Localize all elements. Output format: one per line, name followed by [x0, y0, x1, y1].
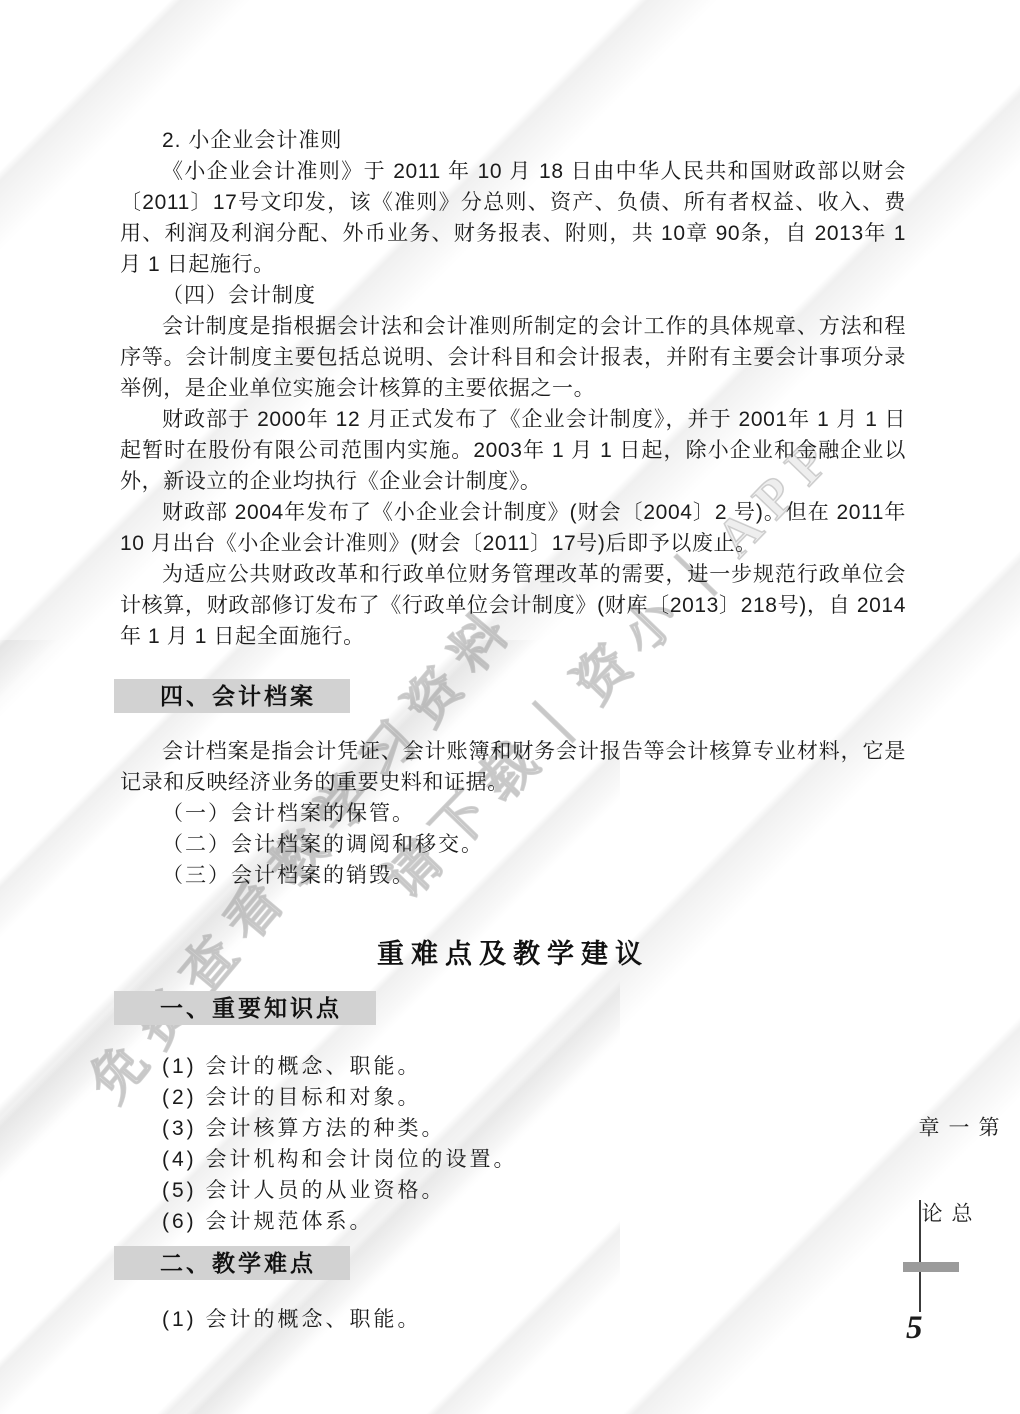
- chapter-title-label: 总论: [916, 1202, 976, 1236]
- section-header-teaching-difficulties: 二、教学难点: [114, 1246, 350, 1280]
- subheading-small-enterprise-standard: 2. 小企业会计准则: [120, 125, 906, 156]
- key-point-5: (5) 会计人员的从业资格。: [120, 1175, 906, 1206]
- section-header-key-knowledge: 一、重要知识点: [114, 991, 376, 1025]
- key-point-4: (4) 会计机构和会计岗位的设置。: [120, 1144, 906, 1175]
- paragraph-enterprise-system-2000: 财政部于 2000年 12 月正式发布了《企业会计制度》，并于 2001年 1 …: [120, 404, 906, 497]
- key-point-2: (2) 会计的目标和对象。: [120, 1082, 906, 1113]
- page-number: 5: [906, 1310, 923, 1347]
- key-point-1: (1) 会计的概念、职能。: [120, 1051, 906, 1082]
- list-item-archive-access-transfer: （二）会计档案的调阅和移交。: [120, 829, 906, 860]
- subheading-accounting-system: （四）会计制度: [120, 280, 906, 311]
- page-title-key-points-and-teaching: 重难点及教学建议: [120, 936, 906, 972]
- page-body: 2. 小企业会计准则 《小企业会计准则》于 2011 年 10 月 18 日由中…: [120, 125, 906, 1335]
- chapter-label: 第一章: [913, 1116, 1003, 1140]
- difficulty-point-1: (1) 会计的概念、职能。: [120, 1304, 906, 1335]
- paragraph-archives-definition: 会计档案是指会计凭证、会计账簿和财务会计报告等会计核算专业材料，它是记录和反映经…: [120, 736, 906, 798]
- paragraph-accounting-system-definition: 会计制度是指根据会计法和会计准则所制定的会计工作的具体规章、方法和程序等。会计制…: [120, 311, 906, 404]
- paragraph-small-enterprise-system-2004: 财政部 2004年发布了《小企业会计制度》(财会〔2004〕2 号)。但在 20…: [120, 497, 906, 559]
- chapter-tab-gray-bar: [903, 1262, 959, 1272]
- paragraph-small-enterprise-standard: 《小企业会计准则》于 2011 年 10 月 18 日由中华人民共和国财政部以财…: [120, 156, 906, 280]
- key-point-6: (6) 会计规范体系。: [120, 1206, 906, 1237]
- list-item-archive-storage: （一）会计档案的保管。: [120, 798, 906, 829]
- list-item-archive-destruction: （三）会计档案的销毁。: [120, 860, 906, 891]
- section-header-accounting-archives: 四、会计档案: [114, 679, 350, 713]
- key-point-3: (3) 会计核算方法的种类。: [120, 1113, 906, 1144]
- paragraph-admin-unit-system-2013: 为适应公共财政改革和行政单位财务管理改革的需要，进一步规范行政单位会计核算，财政…: [120, 559, 906, 652]
